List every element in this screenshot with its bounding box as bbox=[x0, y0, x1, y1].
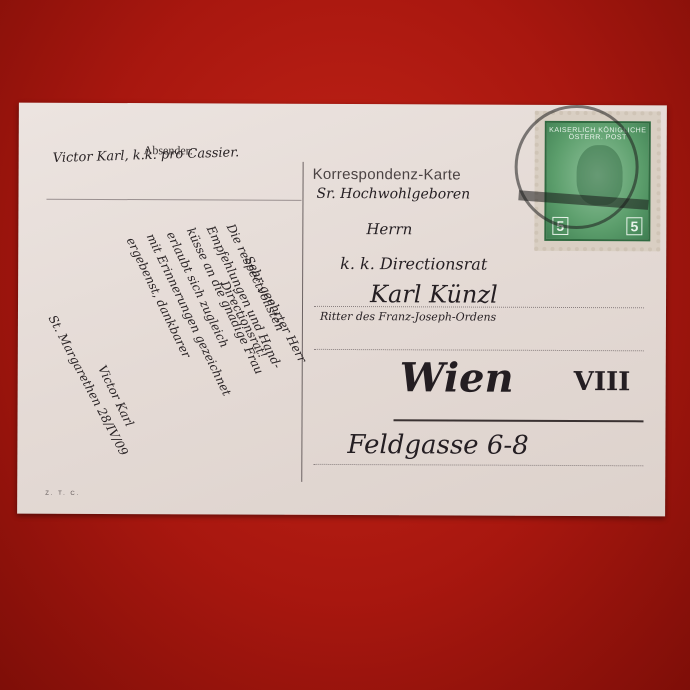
address-name: Karl Künzl bbox=[370, 280, 498, 309]
address-rule bbox=[313, 464, 643, 466]
address-rule bbox=[314, 349, 644, 351]
postcard: Absender: Victor Karl, k.k. pro Cassier.… bbox=[17, 103, 667, 517]
address-line-1: Sr. Hochwohlgeboren bbox=[316, 186, 470, 203]
postmark-circle-icon bbox=[514, 105, 639, 230]
address-line-5: Ritter des Franz-Joseph-Ordens bbox=[320, 310, 496, 324]
address-line-2: Herrn bbox=[366, 220, 412, 238]
center-divider bbox=[301, 162, 303, 482]
address-street: Feldgasse 6-8 bbox=[347, 430, 528, 461]
sender-handwriting: Victor Karl, k.k. pro Cassier. bbox=[52, 145, 239, 166]
address-district: VIII bbox=[574, 367, 631, 397]
city-underline bbox=[394, 419, 644, 422]
sender-rule bbox=[46, 199, 301, 201]
address-city: Wien bbox=[400, 354, 514, 401]
address-line-3: k. k. Directionsrat bbox=[340, 254, 487, 274]
card-title: Korrespondenz-Karte bbox=[313, 166, 461, 184]
printer-mark: Z. T. C. bbox=[45, 491, 80, 497]
stamp-value-right: 5 bbox=[627, 217, 643, 235]
